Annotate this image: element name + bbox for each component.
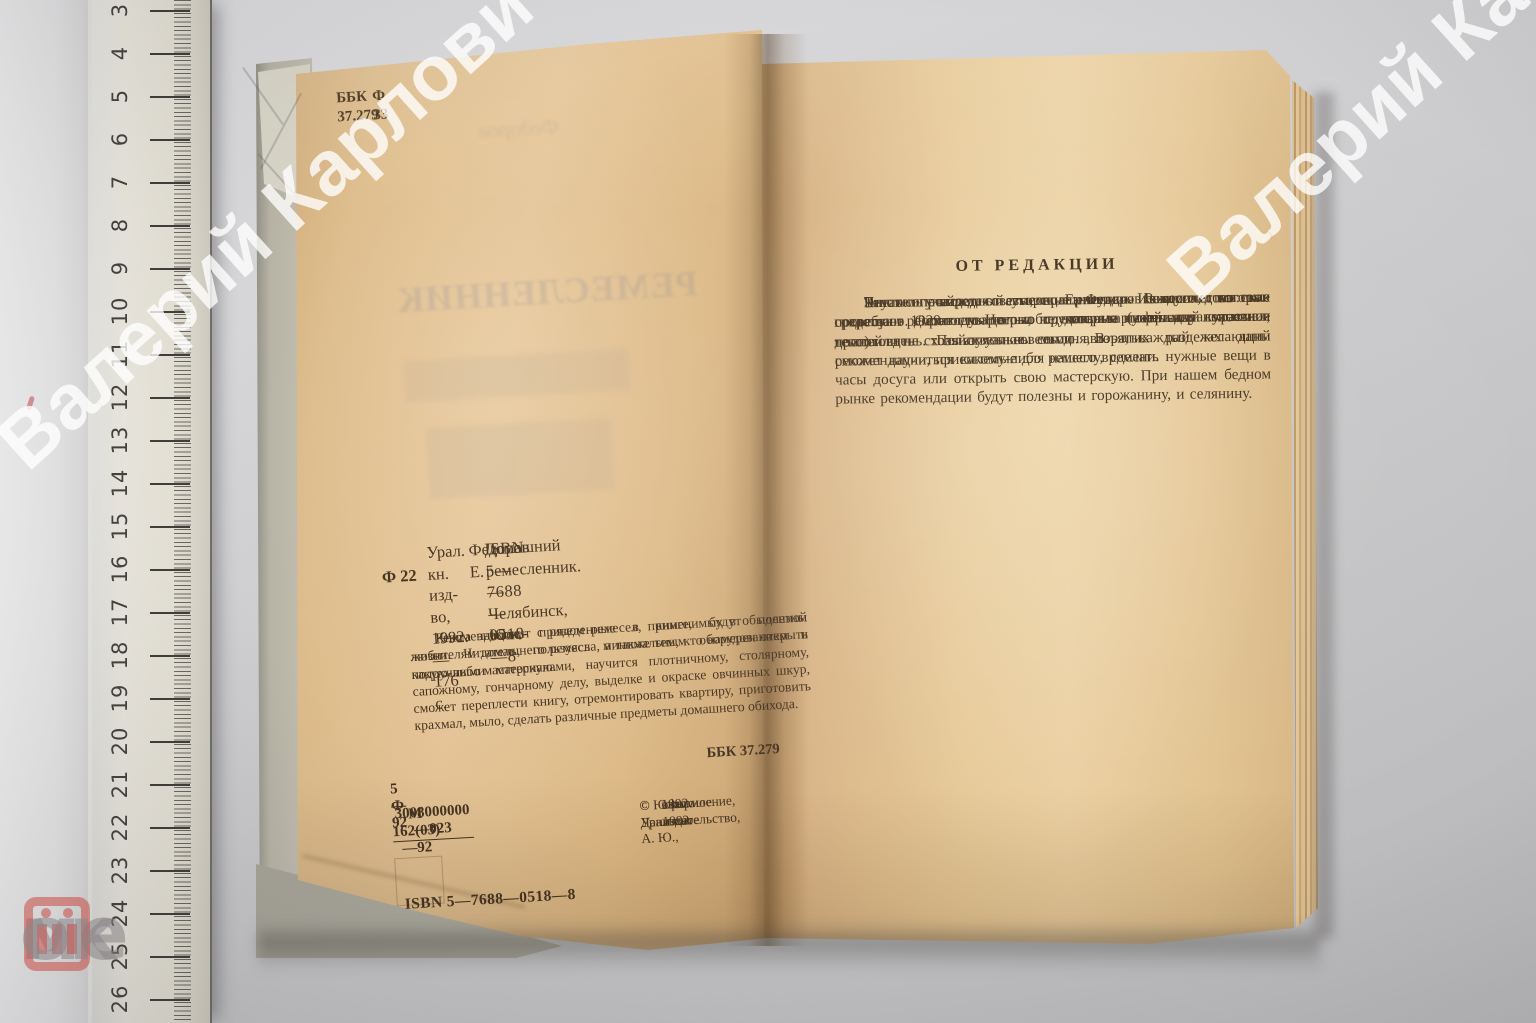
ruler-number: 6 [99, 117, 141, 161]
show-through-handwriting: Федоров [478, 114, 560, 145]
ruler-number: 7 [99, 160, 141, 204]
show-through-block [404, 348, 631, 403]
author-mark: Ф 22 [381, 565, 417, 588]
ruler-cm-tick [150, 569, 190, 571]
ruler-cm-tick [150, 397, 190, 399]
body-paragraphs: Эту книгу народный умелец Е. Федоров вып… [834, 288, 1270, 294]
body-paragraph: Читатель найдет советы, полезные для каж… [834, 288, 1271, 371]
ruler-number: 8 [99, 203, 141, 247]
ruler-cm-tick [150, 827, 190, 829]
ruler-number: 9 [99, 246, 141, 290]
ruler-cm-tick [150, 956, 190, 958]
ruler-cm-tick [150, 10, 190, 12]
ruler-cm-tick [150, 698, 190, 700]
photo-of-open-book: РЕМЕСЛЕННИК Федоров ББК 37.279 Ф 33 Ф 22… [0, 0, 1536, 1023]
ruler-number: 26 [99, 977, 141, 1021]
show-through-block [425, 417, 614, 500]
ruler-cm-tick [150, 268, 190, 270]
catalog-suffix: 5—92 [390, 780, 408, 832]
ruler-cm-tick [150, 999, 190, 1001]
author-sign-top: Ф 33 [372, 87, 389, 126]
ruler-number: 10 [99, 289, 141, 333]
ruler: 3456789101112131415161718192021222324252… [88, 0, 212, 1023]
ruler-cm-tick [150, 913, 190, 915]
ruler-number: 12 [99, 375, 141, 419]
section-heading: ОТ РЕДАКЦИИ [955, 256, 1118, 276]
ruler-number: 15 [99, 504, 141, 548]
ruler-number: 11 [99, 332, 141, 376]
copyright-line: оформление, 1992. [639, 793, 737, 831]
ruler-number: 3 [99, 0, 141, 32]
backdrop-left-strip [0, 0, 92, 1023]
ruler-cm-tick [150, 612, 190, 614]
ruler-number: 17 [99, 590, 141, 634]
ruler-number: 22 [99, 805, 141, 849]
ruler-cm-tick [150, 526, 190, 528]
ruler-cm-tick [150, 440, 190, 442]
ruler-cm-tick [150, 655, 190, 657]
ruler-cm-tick [150, 784, 190, 786]
ruler-cm-tick [150, 741, 190, 743]
ruler-cm-tick [150, 870, 190, 872]
ruler-number: 18 [99, 633, 141, 677]
ruler-cm-tick [150, 311, 190, 313]
right-page-content: ОТ РЕДАКЦИИ Эту книгу народный умелец Е.… [756, 41, 1327, 954]
bibliographic-entry: Ф 22 Федоров Е.Домашний ремесленник.— Че… [380, 520, 809, 545]
ruler-number: 4 [99, 31, 141, 75]
ruler-cm-tick [150, 139, 190, 141]
ruler-number: 16 [99, 547, 141, 591]
ruler-cm-tick [150, 483, 190, 485]
show-through-title: РЕМЕСЛЕННИК [367, 262, 699, 323]
ruler-number: 21 [99, 762, 141, 806]
left-page-content: РЕМЕСЛЕННИК Федоров ББК 37.279 Ф 33 Ф 22… [235, 11, 803, 979]
ruler-cm-tick [150, 354, 190, 356]
ruler-number: 23 [99, 848, 141, 892]
ruler-number: 19 [99, 676, 141, 720]
ruler-number: 13 [99, 418, 141, 462]
ruler-cm-tick [150, 225, 190, 227]
ruler-cm-tick [150, 96, 190, 98]
ruler-number: 14 [99, 461, 141, 505]
ruler-cm-tick [150, 182, 190, 184]
ruler-number: 5 [99, 74, 141, 118]
ruler-scale: 3456789101112131415161718192021222324252… [88, 0, 210, 1023]
ruler-number: 20 [99, 719, 141, 763]
meshok-logo-suffix: ок [20, 891, 117, 977]
ruler-cm-tick [150, 53, 190, 55]
